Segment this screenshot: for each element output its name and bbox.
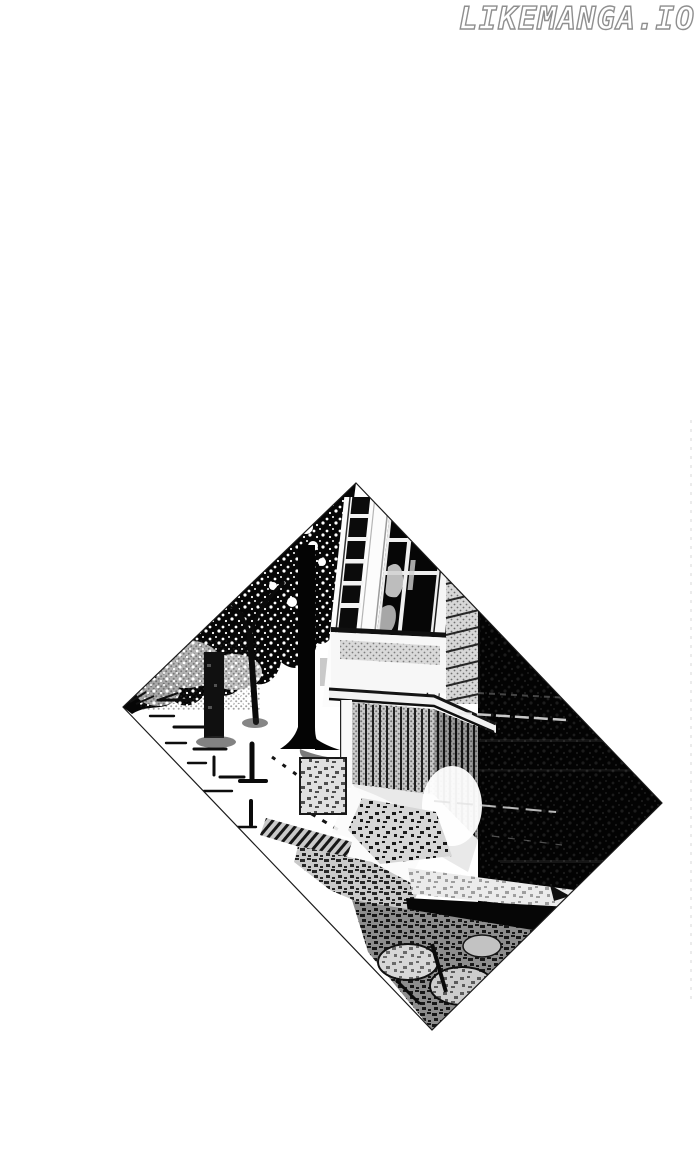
clapboard-siding	[446, 558, 480, 708]
manga-panel-image	[0, 0, 700, 1154]
manga-page: LIKEMANGA.IO	[0, 0, 700, 1154]
